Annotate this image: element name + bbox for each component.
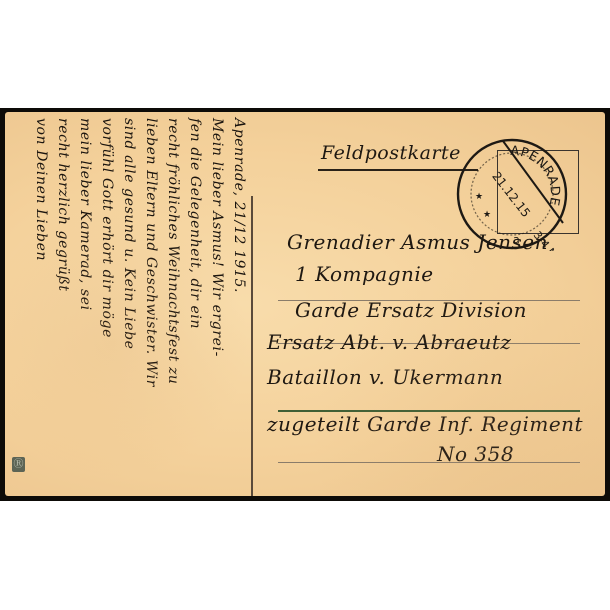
address-line-number: No 358 — [437, 442, 514, 466]
address-line-company: 1 Kompagnie — [295, 262, 434, 286]
message-line: Apenrade, 21/12 1915. — [231, 118, 247, 293]
address-line-name: Grenadier Asmus Jensen — [287, 230, 548, 254]
card-divider — [251, 196, 253, 496]
svg-text:★: ★ — [483, 210, 491, 220]
message-line: recht fröhliches Weihnachtsfest zu — [165, 118, 181, 385]
svg-text:★: ★ — [475, 192, 483, 202]
message-line: Mein lieber Asmus! Wir ergrei- — [209, 118, 225, 357]
message-line: sind alle gesund u. Kein Liebe — [121, 118, 137, 350]
message-line: mein lieber Kamerad, sei — [77, 118, 93, 311]
address-rule — [278, 462, 580, 463]
postcard: Apenrade, 21/12 1915. Mein lieber Asmus!… — [5, 112, 605, 496]
svg-text:21.12.15: 21.12.15 — [489, 169, 533, 220]
address-line-regiment: zugeteilt Garde Inf. Regiment — [267, 412, 583, 436]
message-area: Apenrade, 21/12 1915. Mein lieber Asmus!… — [13, 118, 253, 490]
publisher-logo-icon: Ⓡ — [12, 457, 25, 472]
message-line: lieben Eltern und Geschwister. Wir — [143, 118, 159, 387]
address-line-ersatz: Ersatz Abt. v. Abraeutz — [267, 330, 511, 354]
message-line: von Deinen Lieben — [33, 118, 49, 261]
title-underline — [318, 169, 478, 171]
address-line-division: Garde Ersatz Division — [295, 298, 527, 322]
feldpostkarte-title: Feldpostkarte — [321, 142, 461, 164]
message-line: vorfühl Gott erhört dir möge — [99, 118, 115, 338]
message-line: fen die Gelegenheit, dir ein — [187, 118, 203, 329]
message-line: recht herzlich gegrüßt — [55, 118, 71, 292]
address-line-bataillon: Bataillon v. Ukermann — [267, 365, 503, 389]
